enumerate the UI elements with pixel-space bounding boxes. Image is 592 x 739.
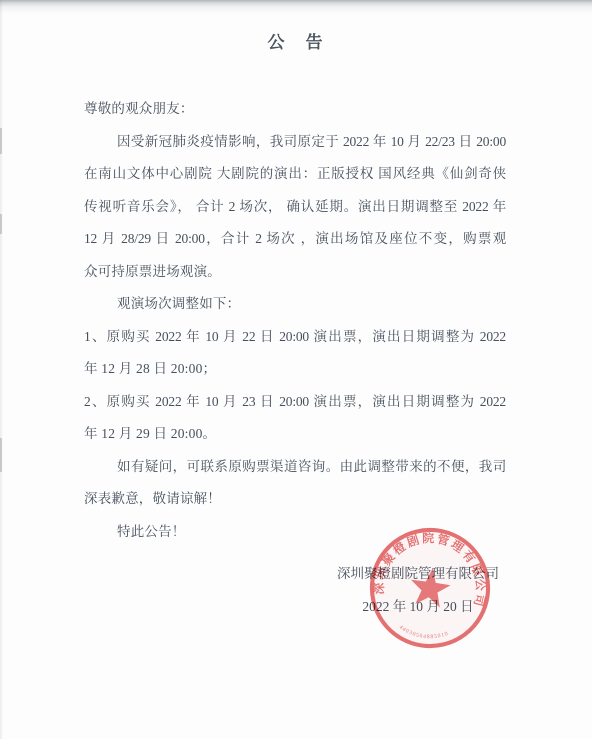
body-line: 12 月 28/29 日 20:00，合计 2 场次 ，演出场馆及座位不变，购票… bbox=[84, 223, 506, 256]
body-line: 众可持原票进场观演。 bbox=[84, 256, 506, 289]
salutation-line: 尊敬的观众朋友： bbox=[84, 93, 506, 126]
announcement-page: 公 告 尊敬的观众朋友： 因受新冠肺炎疫情影响，我司原定于 2022 年 10 … bbox=[0, 0, 592, 739]
closing-line: 特此公告！ bbox=[84, 516, 506, 549]
list-item-line: 1、原购买 2022 年 10 月 22 日 20:00 演出票，演出日期调整为… bbox=[84, 321, 506, 354]
seal-serial-number: 44030504885010 bbox=[397, 624, 450, 643]
list-item-line: 年 12 月 28 日 20:00； bbox=[84, 353, 506, 386]
body-line: 因受新冠肺炎疫情影响，我司原定于 2022 年 10 月 22/23 日 20:… bbox=[84, 126, 506, 159]
body-line: 深表歉意，敬请谅解！ bbox=[84, 483, 506, 516]
signature-block: 深圳聚橙剧院管理有限公司 2022 年 10 月 20 日 bbox=[337, 558, 499, 623]
signature-date: 2022 年 10 月 20 日 bbox=[337, 591, 499, 624]
list-item-line: 2、原购买 2022 年 10 月 23 日 20:00 演出票，演出日期调整为… bbox=[84, 386, 506, 419]
body-line: 传视听音乐会》， 合计 2 场次， 确认延期。演出日期调整至 2022 年 bbox=[84, 191, 506, 224]
body-line: 观演场次调整如下： bbox=[84, 288, 506, 321]
svg-text:44030504885010: 44030504885010 bbox=[397, 624, 450, 643]
body-line: 在南山文体中心剧院 大剧院的演出：正版授权 国风经典《仙剑奇侠 bbox=[84, 158, 506, 191]
scan-artifact bbox=[0, 438, 2, 472]
page-title: 公 告 bbox=[0, 30, 592, 56]
list-item-line: 年 12 月 29 日 20:00。 bbox=[84, 418, 506, 451]
scan-artifact bbox=[0, 128, 2, 154]
announcement-body: 尊敬的观众朋友： 因受新冠肺炎疫情影响，我司原定于 2022 年 10 月 22… bbox=[0, 93, 592, 548]
scan-artifact bbox=[0, 214, 2, 234]
scan-edge-top bbox=[0, 0, 592, 14]
signature-company: 深圳聚橙剧院管理有限公司 bbox=[337, 558, 499, 591]
body-line: 如有疑问，可联系原购票渠道咨询。由此调整带来的不便，我司 bbox=[84, 451, 506, 484]
